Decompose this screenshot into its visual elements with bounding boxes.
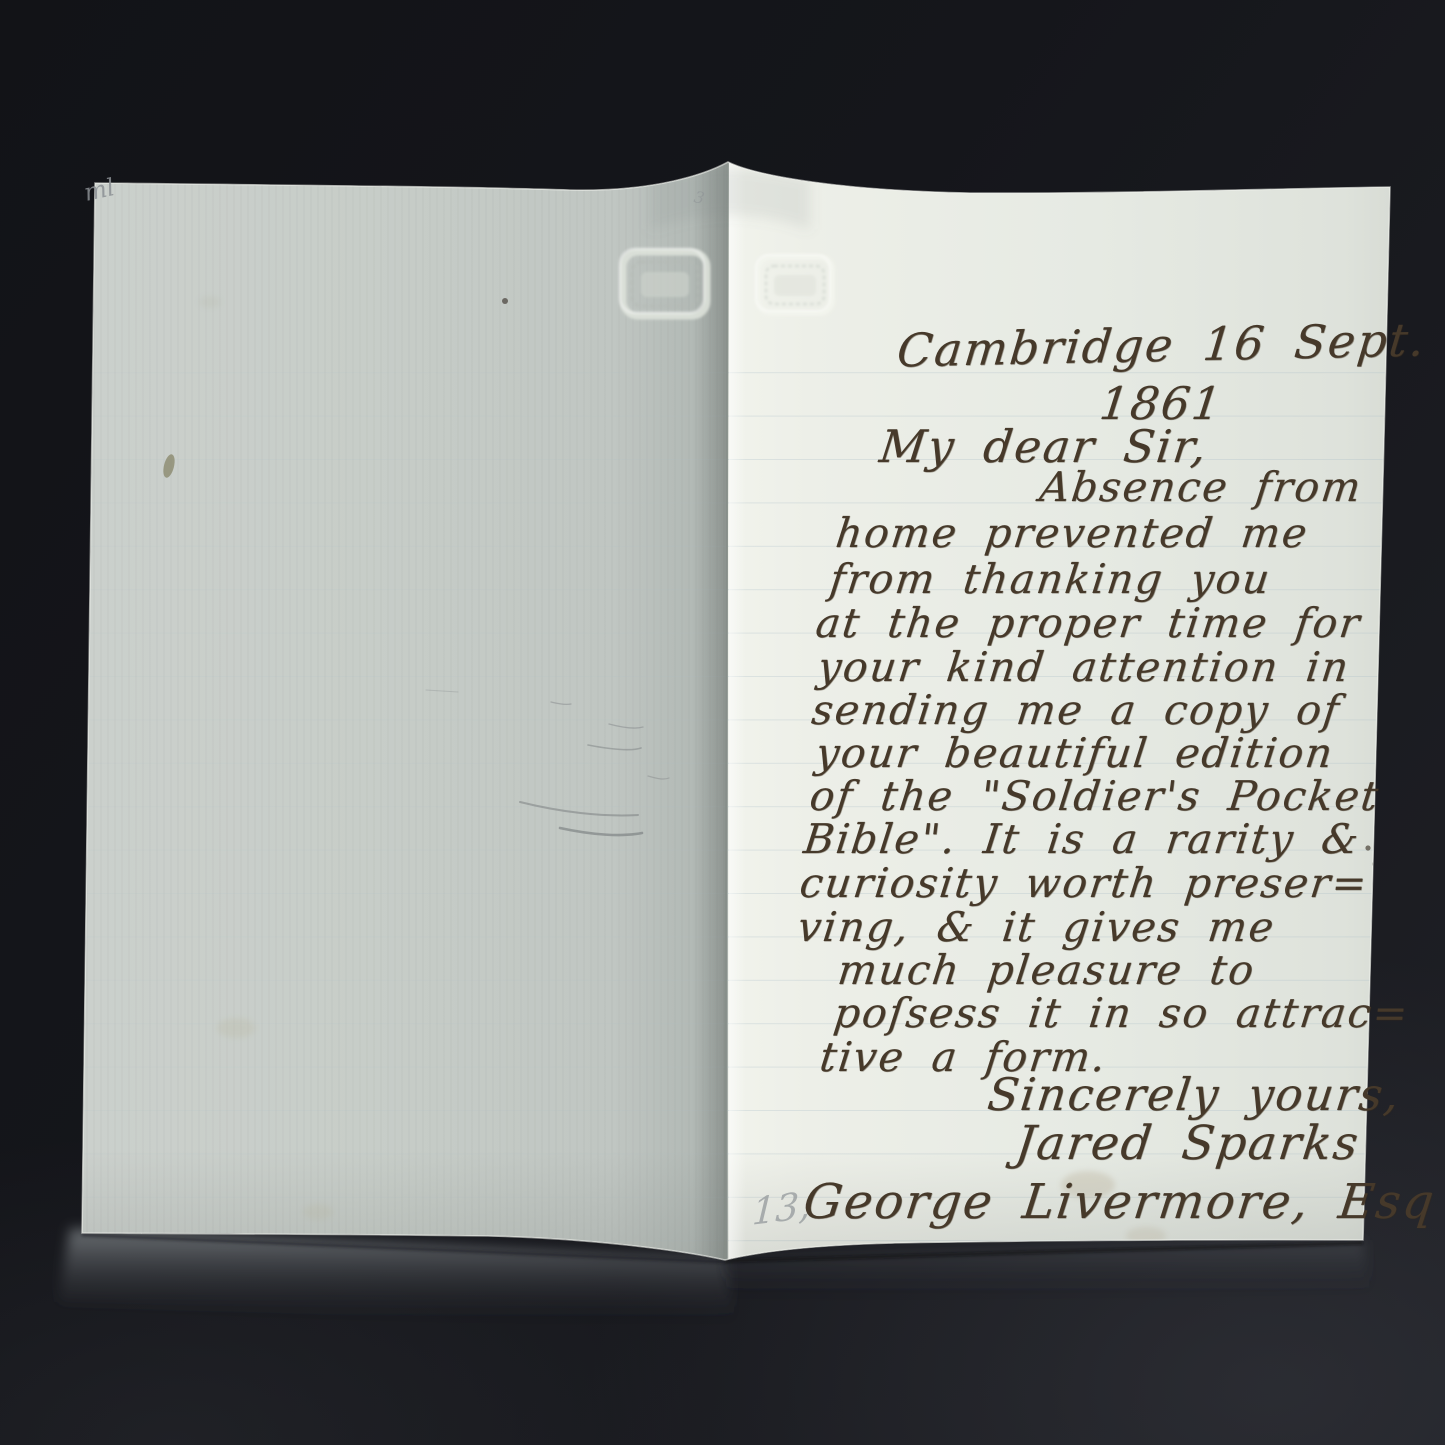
photo-background: ml 3 Cambridge 16 Sept. 1861 My dear Sir… <box>0 0 1445 1445</box>
letter-body-line: ving, & it gives me <box>795 907 1277 948</box>
letter-body-line: home prevented me <box>833 513 1310 554</box>
letter-dateline: Cambridge 16 Sept. <box>895 316 1429 373</box>
letter-body-line: from thanking you <box>827 559 1273 600</box>
letter-closing: Sincerely yours, <box>985 1072 1403 1117</box>
letter-body-line: much pleasure to <box>835 950 1257 991</box>
fold-crease <box>692 150 746 1270</box>
letter-addressee: George Livermore, Esq <box>801 1178 1438 1226</box>
letter-body-line: your beautiful edition <box>813 733 1336 774</box>
letter-body-line: curiosity worth preser= <box>797 863 1370 904</box>
letter-body-line: sending me a copy of <box>809 690 1342 731</box>
letter-body-line: Bible". It is a rarity & <box>801 819 1362 860</box>
letter-body-line: at the proper time for <box>813 603 1363 644</box>
letter-signature: Jared Sparks <box>1013 1120 1362 1167</box>
letter-body-line: Absence from <box>1037 467 1364 508</box>
letter-body-line: of the "Soldier's Pocket <box>807 776 1382 817</box>
letter-body-line: your kind attention in <box>815 647 1352 688</box>
pencil-annotation-top-left: ml <box>82 175 117 205</box>
letter-body-line: poſsess it in so attrac= <box>831 993 1411 1034</box>
